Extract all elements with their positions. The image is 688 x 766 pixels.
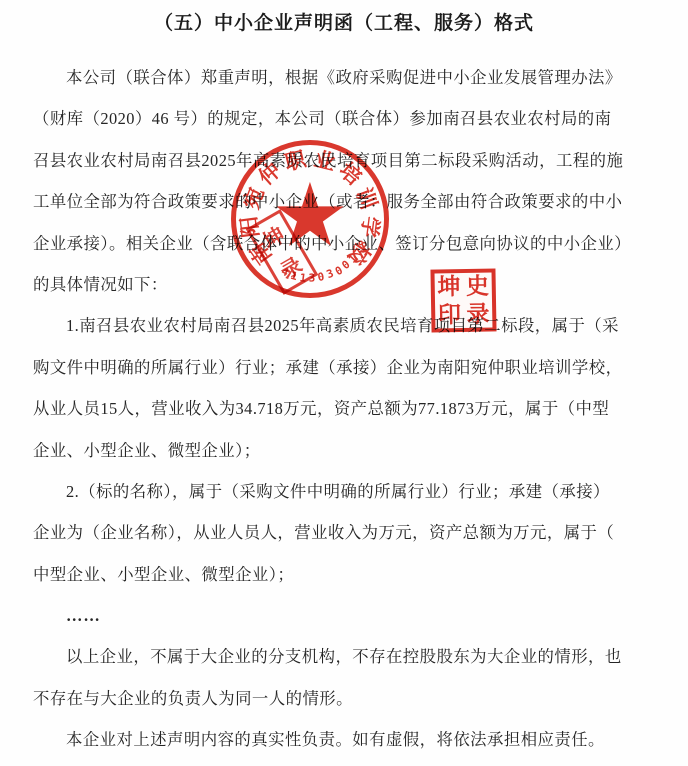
document-page: （五）中小企业声明函（工程、服务）格式 本公司（联合体）郑重声明，根据《政府采购… [0,0,688,766]
text-line: 企业、小型企业、微型企业）； [33,430,657,471]
text-line: 购文件中明确的所属行业）行业；承建（承接）企业为南阳宛仲职业培训学校， [33,347,657,388]
page-title: （五）中小企业声明函（工程、服务）格式 [0,8,688,35]
text-line: 本公司（联合体）郑重声明，根据《政府采购促进中小企业发展管理办法》 [33,57,657,98]
text-line: 本企业对上述声明内容的真实性负责。如有虚假，将依法承担相应责任。 [33,719,657,760]
stamp-char: 印 [438,303,461,326]
text-line: 1.南召县农业农村局南召县2025年高素质农民培育项目第二标段，属于（采 [33,305,657,346]
stamp-char: 坤 [437,275,460,298]
ellipsis-line: …… [33,595,657,636]
text-line: 2.（标的名称），属于（采购文件中明确的所属行业）行业；承建（承接） [33,471,657,512]
stamp-char: 录 [466,302,489,325]
square-name-stamp: 坤 史 印 录 [430,268,496,332]
text-line: （财库（2020）46 号）的规定，本公司（联合体）参加南召县农业农村局的南 [33,98,657,139]
text-line: 企业为（企业名称），从业人员人，营业收入为万元，资产总额为万元，属于（ [33,512,657,553]
text-line: 中型企业、小型企业、微型企业）； [33,554,657,595]
stamp-char: 史 [466,275,489,298]
text-line: 不存在与大企业的负责人为同一人的情形。 [33,678,657,719]
seal-arc-char: 学 [354,214,386,239]
text-line: 以上企业，不属于大企业的分支机构，不存在控股股东为大企业的情形，也 [33,636,657,677]
mini-stamp-char: 录 [274,249,307,285]
mini-stamp-char: 坤 [257,219,290,255]
text-line: 从业人员15人，营业收入为34.718万元，资产总额为77.1873万元，属于（… [33,388,657,429]
